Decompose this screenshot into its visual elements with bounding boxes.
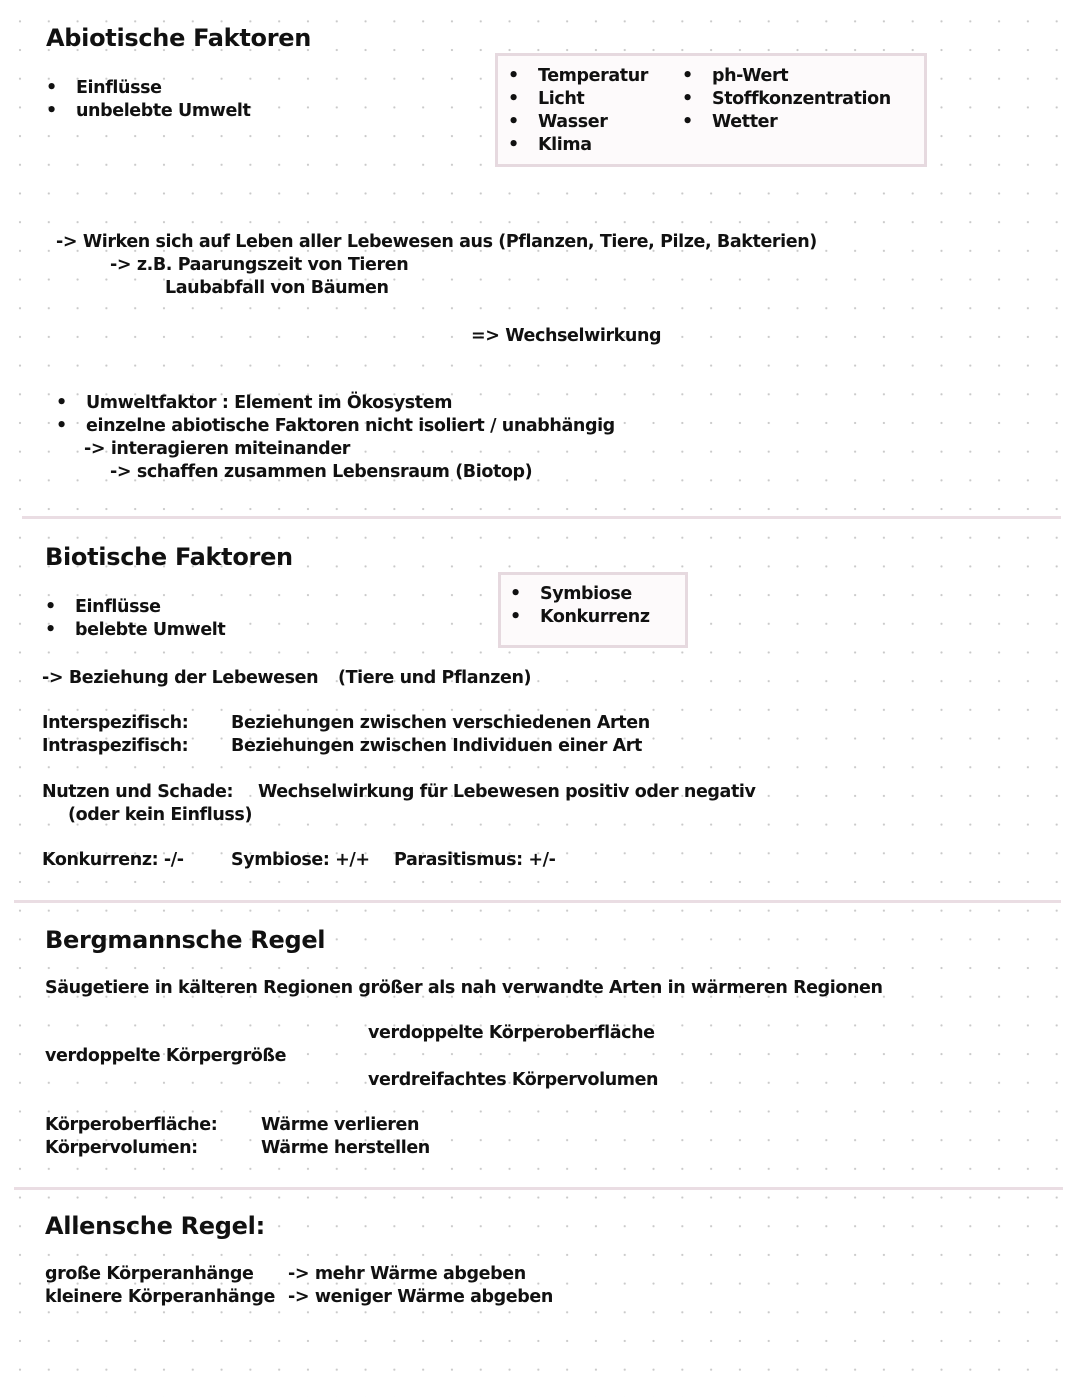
list-item: •unbelebte Umwelt bbox=[46, 100, 250, 123]
abiotic-box-left-list: •Temperatur •Licht •Wasser •Klima bbox=[508, 66, 648, 158]
list-item: •Symbiose bbox=[510, 584, 650, 607]
section-divider bbox=[14, 900, 1061, 903]
benefit-note: (oder kein Einfluss) bbox=[68, 804, 252, 827]
list-item: •Konkurrenz bbox=[510, 607, 650, 630]
inter-label: Interspezifisch: bbox=[42, 712, 188, 735]
bullet-icon: • bbox=[508, 89, 538, 109]
abiotic-bullet-list: •Einflüsse •unbelebte Umwelt bbox=[46, 77, 250, 123]
biotic-relation-note: (Tiere und Pflanzen) bbox=[338, 667, 531, 690]
abiotic-title: Abiotische Faktoren bbox=[46, 24, 311, 52]
parasitismus-rule: Parasitismus: +/- bbox=[394, 849, 556, 872]
surface-effect: Wärme verlieren bbox=[261, 1114, 419, 1137]
abiotic-box-right-list: •ph-Wert •Stoffkonzentration •Wetter bbox=[682, 66, 891, 135]
surface-label: Körperoberfläche: bbox=[45, 1114, 217, 1137]
allen-small: kleinere Körperanhänge bbox=[45, 1286, 275, 1309]
abiotic-sub-2: -> schaffen zusammen Lebensraum (Biotop) bbox=[110, 461, 532, 484]
list-item: •Wetter bbox=[682, 112, 891, 135]
allen-title: Allensche Regel: bbox=[45, 1212, 265, 1240]
abiotic-example-2: Laubabfall von Bäumen bbox=[165, 277, 389, 300]
bullet-icon: • bbox=[46, 100, 76, 123]
list-item: •Licht bbox=[508, 89, 648, 112]
list-item: •Einflüsse bbox=[46, 77, 250, 100]
abiotic-sub-1: -> interagieren miteinander bbox=[84, 438, 350, 461]
bullet-icon: • bbox=[508, 66, 538, 86]
abiotic-example-1: -> z.B. Paarungszeit von Tieren bbox=[110, 254, 408, 277]
volume-label: Körpervolumen: bbox=[45, 1137, 198, 1160]
intra-text: Beziehungen zwischen Individuen einer Ar… bbox=[231, 735, 642, 758]
section-divider bbox=[14, 1187, 1063, 1190]
bullet-icon: • bbox=[682, 66, 712, 86]
list-item: •belebte Umwelt bbox=[45, 619, 225, 642]
allen-small-effect: -> weniger Wärme abgeben bbox=[288, 1286, 553, 1309]
inter-text: Beziehungen zwischen verschiedenen Arten bbox=[231, 712, 650, 735]
bullet-icon: • bbox=[45, 596, 75, 619]
bergmann-statement: Säugetiere in kälteren Regionen größer a… bbox=[45, 977, 883, 1000]
konkurrenz-rule: Konkurrenz: -/- bbox=[42, 849, 184, 872]
bergmann-surface: verdoppelte Körperoberfläche bbox=[368, 1022, 655, 1045]
bullet-icon: • bbox=[682, 112, 712, 132]
bullet-icon: • bbox=[508, 112, 538, 132]
list-item: •einzelne abiotische Faktoren nicht isol… bbox=[56, 415, 615, 438]
bullet-icon: • bbox=[56, 415, 86, 438]
list-item: •Temperatur bbox=[508, 66, 648, 89]
bullet-icon: • bbox=[682, 89, 712, 109]
bullet-icon: • bbox=[45, 619, 75, 642]
bergmann-volume: verdreifachtes Körpervolumen bbox=[368, 1069, 658, 1092]
bullet-icon: • bbox=[508, 135, 538, 155]
list-item: •Umweltfaktor : Element im Ökosystem bbox=[56, 392, 615, 415]
benefit-text: Wechselwirkung für Lebewesen positiv ode… bbox=[258, 781, 756, 804]
bullet-icon: • bbox=[46, 77, 76, 100]
list-item: •Wasser bbox=[508, 112, 648, 135]
abiotic-points-list: •Umweltfaktor : Element im Ökosystem •ei… bbox=[56, 392, 615, 438]
bergmann-title: Bergmannsche Regel bbox=[45, 926, 325, 954]
section-divider bbox=[22, 516, 1061, 519]
bergmann-size: verdoppelte Körpergröße bbox=[45, 1045, 286, 1068]
abiotic-effect-line: -> Wirken sich auf Leben aller Lebewesen… bbox=[56, 231, 817, 254]
biotic-bullet-list: •Einflüsse •belebte Umwelt bbox=[45, 596, 225, 642]
biotic-box-list: •Symbiose •Konkurrenz bbox=[510, 584, 650, 630]
list-item: •Klima bbox=[508, 135, 648, 158]
allen-large: große Körperanhänge bbox=[45, 1263, 253, 1286]
volume-effect: Wärme herstellen bbox=[261, 1137, 430, 1160]
bullet-icon: • bbox=[56, 392, 86, 415]
biotic-title: Biotische Faktoren bbox=[45, 543, 293, 571]
list-item: •ph-Wert bbox=[682, 66, 891, 89]
bullet-icon: • bbox=[510, 584, 540, 604]
list-item: •Stoffkonzentration bbox=[682, 89, 891, 112]
benefit-label: Nutzen und Schade: bbox=[42, 781, 233, 804]
bullet-icon: • bbox=[510, 607, 540, 627]
symbiose-rule: Symbiose: +/+ bbox=[231, 849, 370, 872]
list-item: •Einflüsse bbox=[45, 596, 225, 619]
biotic-relation: -> Beziehung der Lebewesen bbox=[42, 667, 318, 690]
intra-label: Intraspezifisch: bbox=[42, 735, 188, 758]
abiotic-conclusion: => Wechselwirkung bbox=[471, 325, 661, 348]
allen-large-effect: -> mehr Wärme abgeben bbox=[288, 1263, 526, 1286]
